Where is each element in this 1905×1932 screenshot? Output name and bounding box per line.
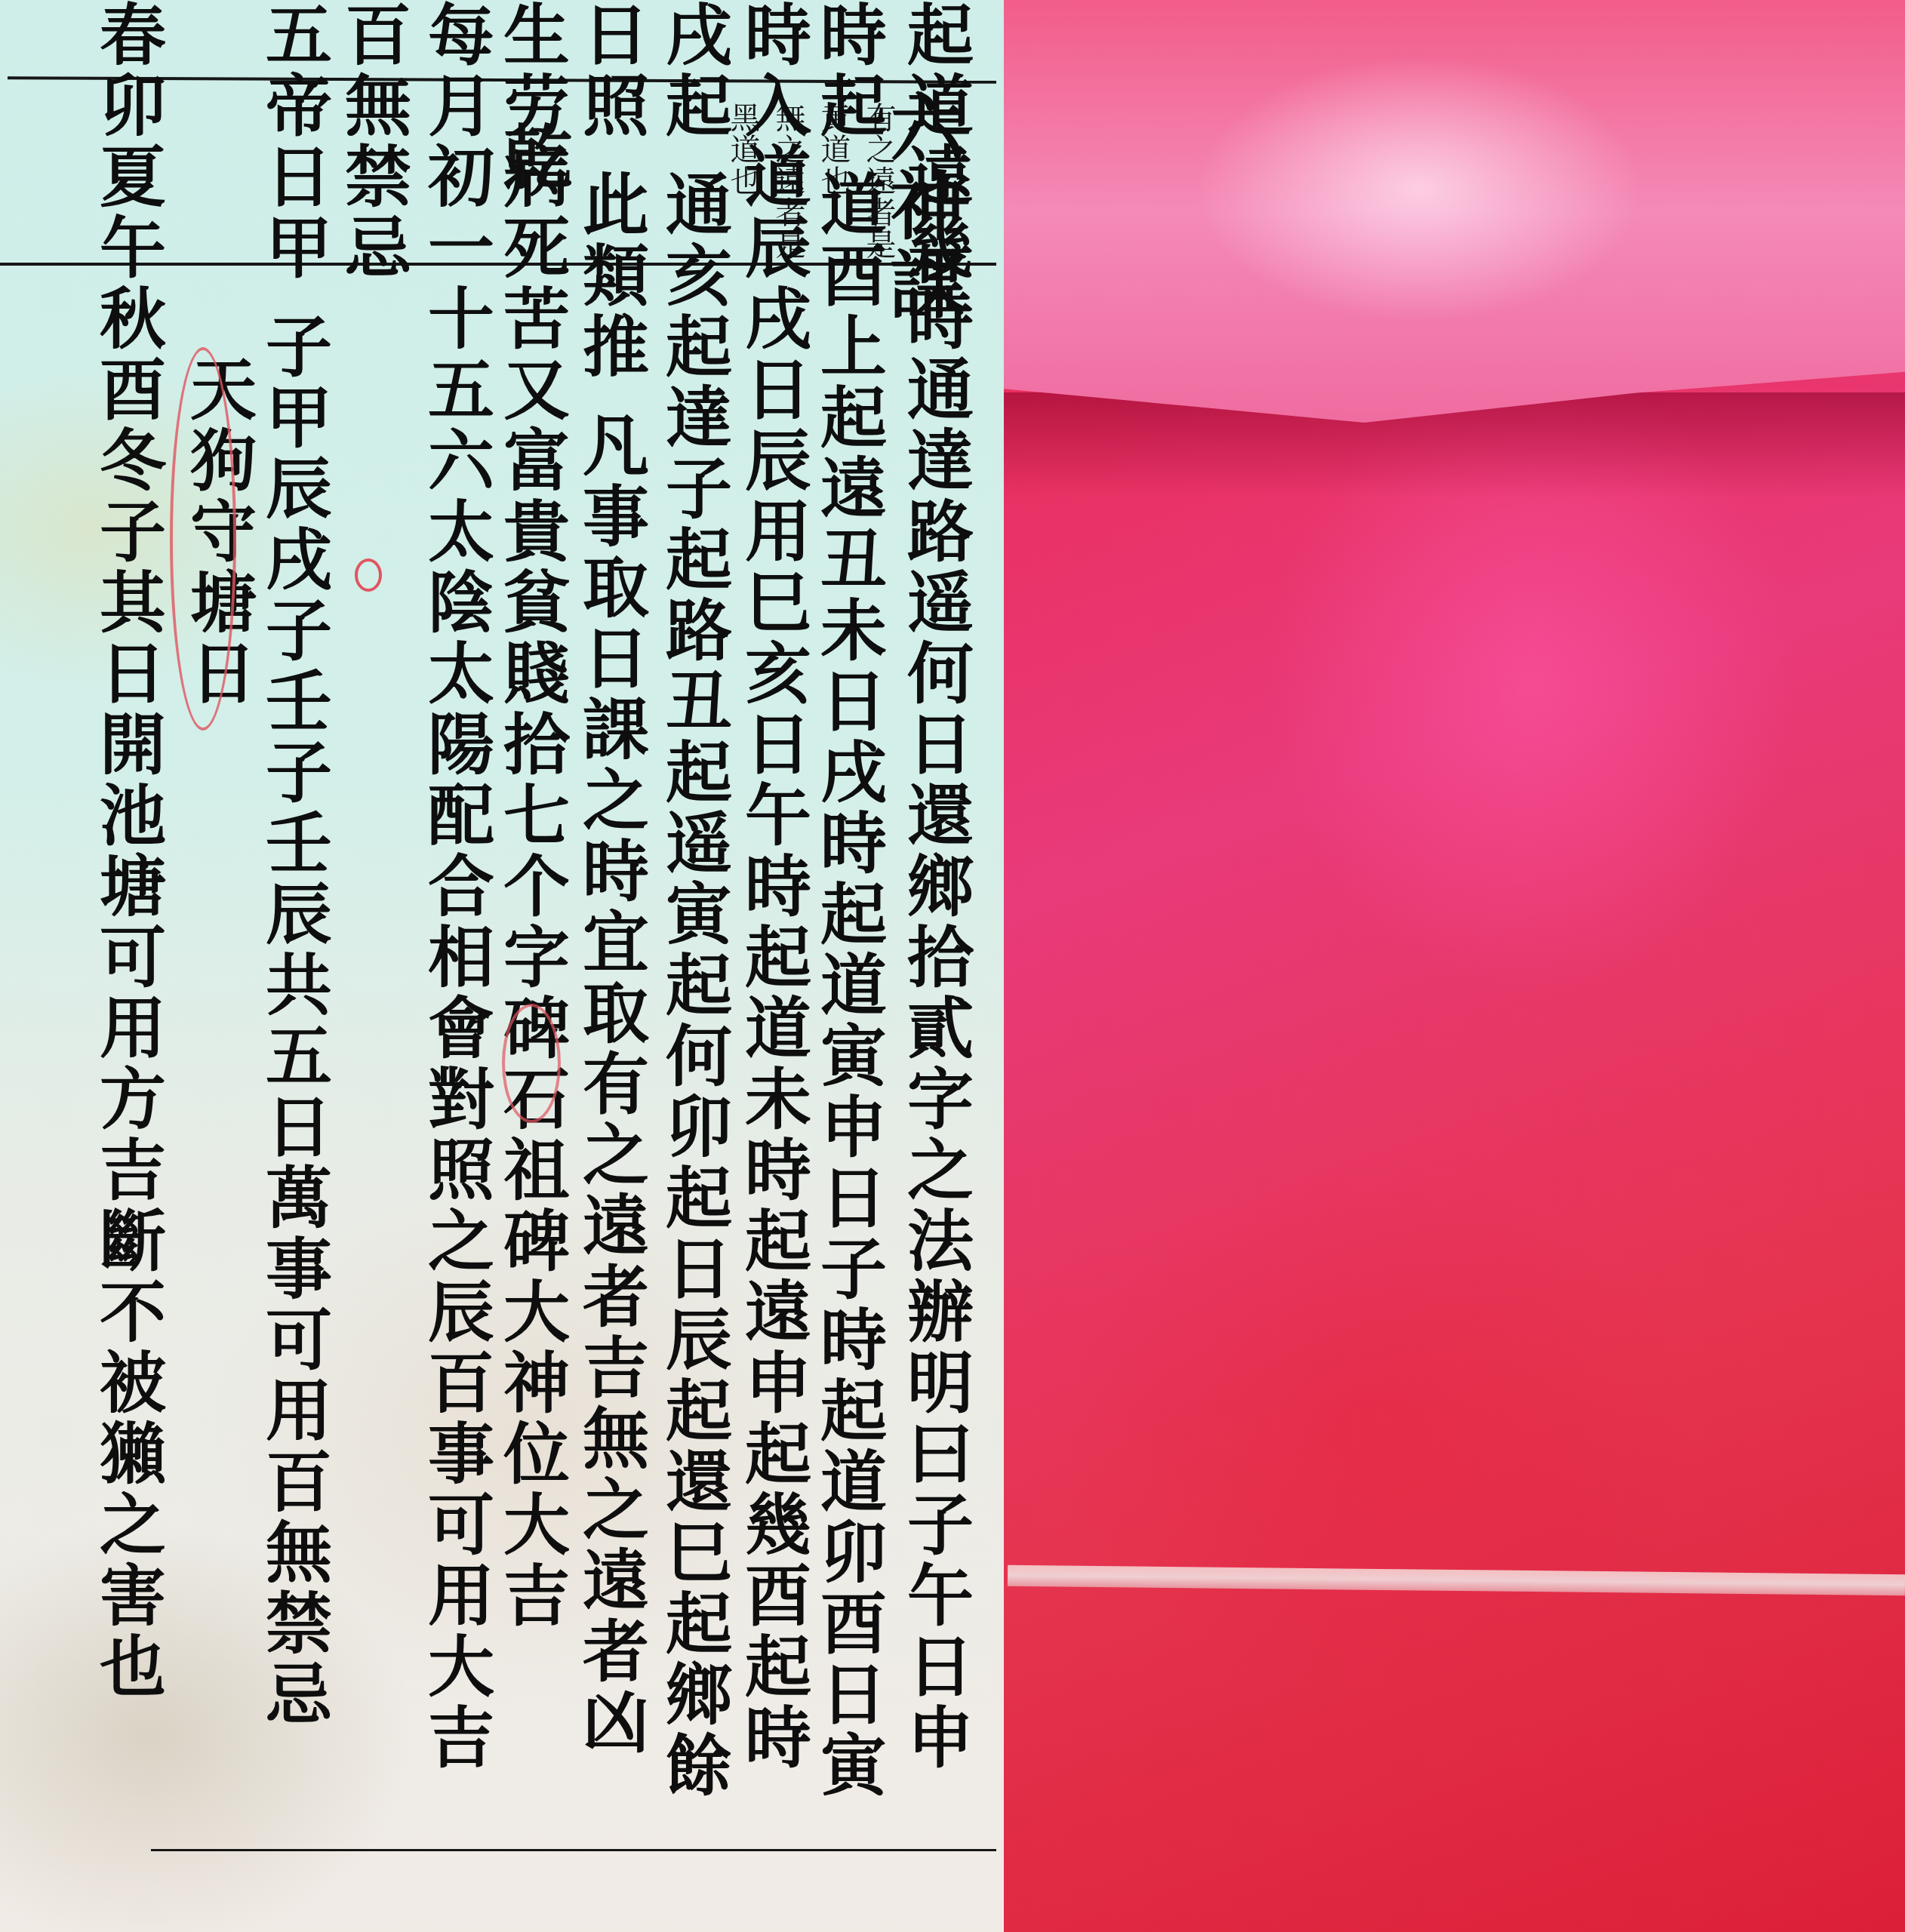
text-column-5: 日照 此類推 凡事取日課之時宜取有之遠者吉無之遠者凶: [574, 0, 649, 1758]
folded-pink-flap: [1004, 0, 1905, 423]
text-column-2: 時起 道酉上起遠丑未日戌時起道寅申日子時起道卯酉日寅: [811, 0, 887, 1801]
manuscript-left-page: 乾 六神課 有之遠者是 黄道也 無之遠者是 黑道也 起道遠幾時通達路遥何日還鄉拾…: [0, 0, 1006, 1932]
red-bracket-mark: [170, 347, 236, 731]
text-column-3: 時入道辰戌日辰用巳亥日午時起道未時起遠申起幾酉起時: [736, 0, 811, 1774]
bottom-border-line: [151, 1849, 996, 1851]
red-circle-mark-2: [502, 1004, 561, 1123]
text-column-4: 戌起 通亥起達子起路丑起遥寅起何卯起日辰起還巳起鄉餘: [657, 0, 732, 1801]
text-column-1: 起道遠幾時通達路遥何日還鄉拾貳字之法辦明曰子午日申: [898, 0, 974, 1774]
text-column-11: 春卯夏午秋酉冬子其日開池塘可用方吉斷不被獺之害也: [91, 0, 166, 1703]
text-column-9: 五帝日甲 子甲辰戌子壬子壬辰共五日萬事可用百無禁忌: [257, 0, 332, 1730]
text-column-7: 每月初一十五六太陰太陽配合相會對照之辰百事可用大吉: [419, 0, 494, 1774]
text-column-6: 生劳病死苦又富貴貧賤拾七个字碑石祖碑大神位大吉: [494, 0, 570, 1632]
red-circle-mark: [355, 558, 382, 592]
text-column-8: 百無禁忌: [336, 0, 411, 284]
